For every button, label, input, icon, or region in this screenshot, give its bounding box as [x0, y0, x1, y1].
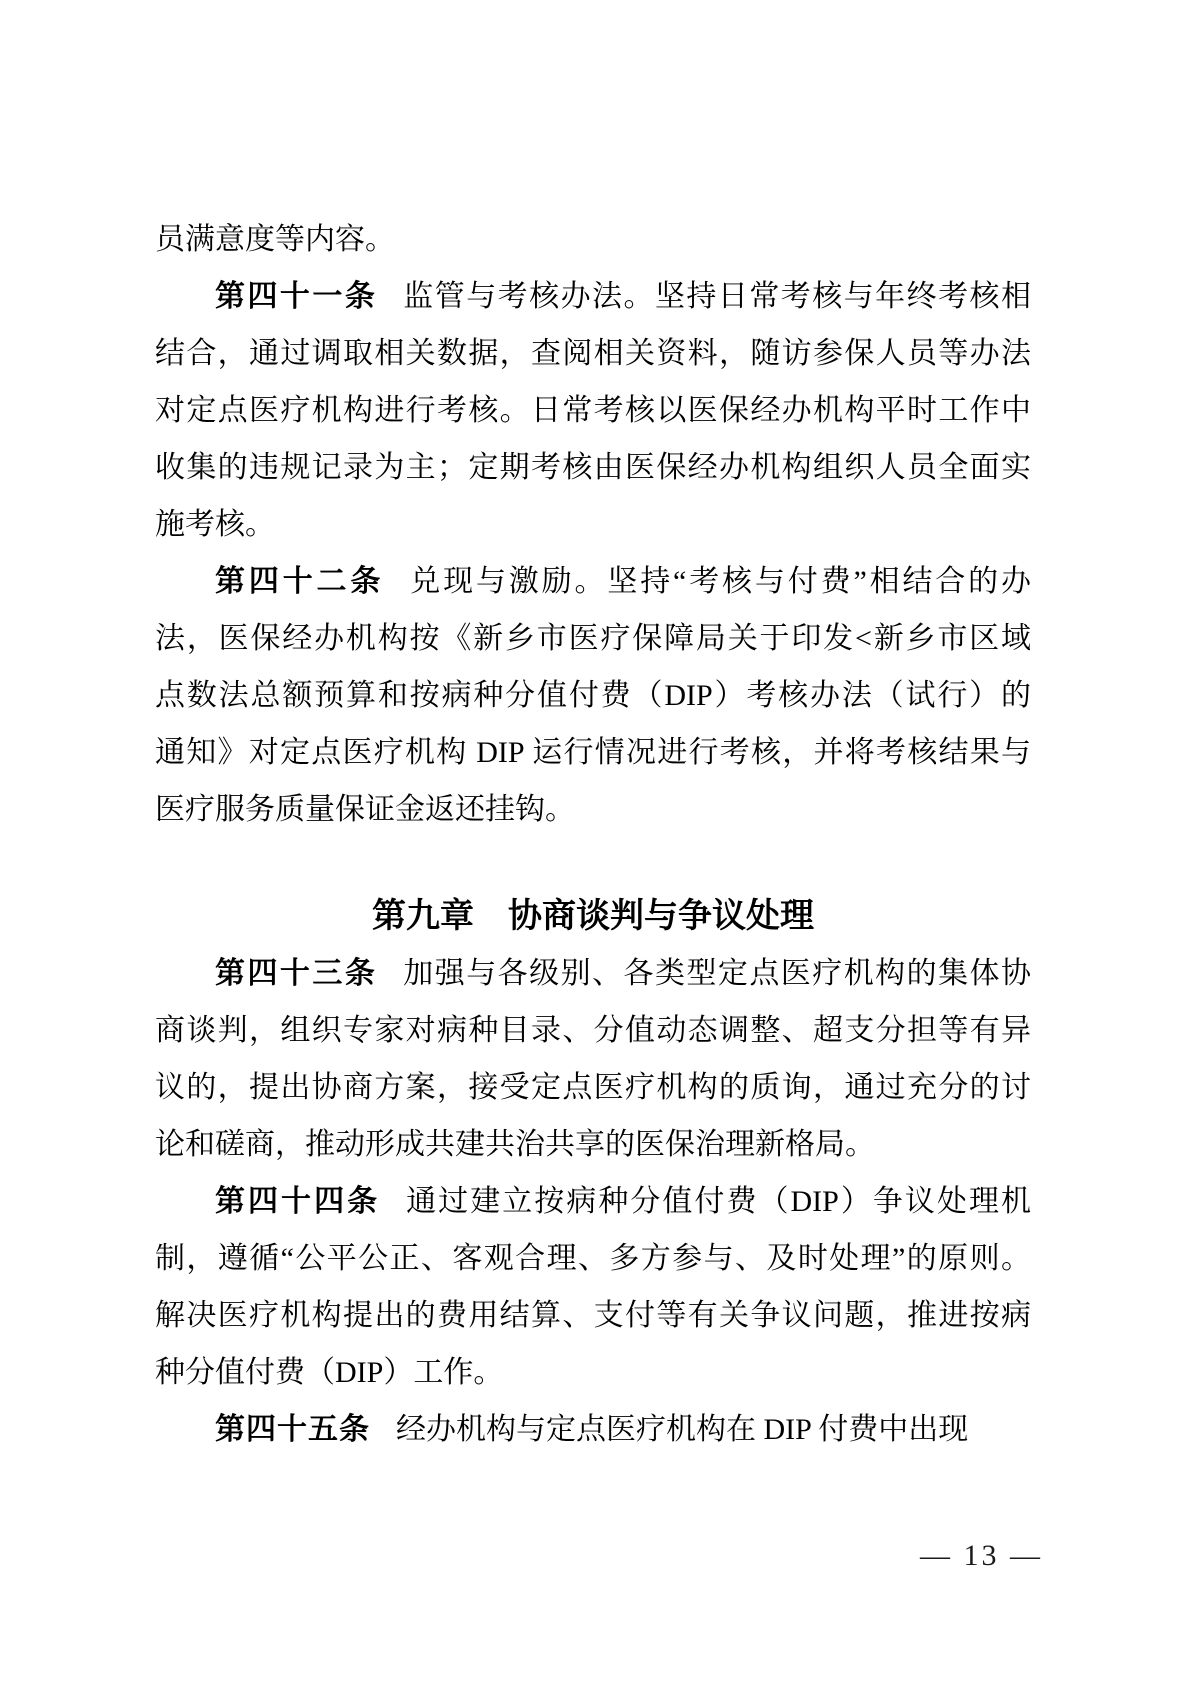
- text-line: 解决医疗机构提出的费用结算、支付等有关争议问题，推进按病: [155, 1287, 1031, 1344]
- line-text: 监管与考核办法。坚持日常考核与年终考核相: [403, 280, 1031, 313]
- text-line: 第四十四条通过建立按病种分值付费（DIP）争议处理机: [155, 1173, 1031, 1230]
- line-text: 对定点医疗机构进行考核。日常考核以医保经办机构平时工作中: [155, 394, 1031, 427]
- article-number-label: 第四十五条: [215, 1413, 370, 1446]
- line-text: 收集的违规记录为主；定期考核由医保经办机构组织人员全面实: [155, 451, 1031, 484]
- text-block: 员满意度等内容。第四十一条监管与考核办法。坚持日常考核与年终考核相结合，通过调取…: [155, 211, 1031, 1458]
- line-text: 点数法总额预算和按病种分值付费（DIP）考核办法（试行）的: [155, 679, 1031, 712]
- text-line: 对定点医疗机构进行考核。日常考核以医保经办机构平时工作中: [155, 382, 1031, 439]
- line-text: 法，医保经办机构按《新乡市医疗保障局关于印发<新乡市区域: [155, 622, 1031, 655]
- paragraph-spacer: [155, 838, 1031, 888]
- text-line: 论和磋商，推动形成共建共治共享的医保治理新格局。: [155, 1116, 1031, 1173]
- line-text: 加强与各级别、各类型定点医疗机构的集体协: [403, 957, 1031, 990]
- text-line: 第四十一条监管与考核办法。坚持日常考核与年终考核相: [155, 268, 1031, 325]
- line-text: 结合，通过调取相关数据，查阅相关资料，随访参保人员等办法: [155, 337, 1031, 370]
- text-line: 员满意度等内容。: [155, 211, 1031, 268]
- text-line: 议的，提出协商方案，接受定点医疗机构的质询，通过充分的讨: [155, 1059, 1031, 1116]
- text-line: 医疗服务质量保证金返还挂钩。: [155, 781, 1031, 838]
- line-text: 商谈判，组织专家对病种目录、分值动态调整、超支分担等有异: [155, 1014, 1031, 1047]
- text-line: 通知》对定点医疗机构 DIP 运行情况进行考核，并将考核结果与: [155, 724, 1031, 781]
- article-number-label: 第四十一条: [215, 280, 377, 313]
- line-text: 通知》对定点医疗机构 DIP 运行情况进行考核，并将考核结果与: [155, 736, 1031, 769]
- document-page: 员满意度等内容。第四十一条监管与考核办法。坚持日常考核与年终考核相结合，通过调取…: [0, 0, 1190, 1683]
- page-number: — 13 —: [920, 1536, 1043, 1576]
- text-line: 施考核。: [155, 496, 1031, 553]
- text-line: 商谈判，组织专家对病种目录、分值动态调整、超支分担等有异: [155, 1002, 1031, 1059]
- line-text: 兑现与激励。坚持“考核与付费”相结合的办: [410, 565, 1031, 598]
- text-line: 点数法总额预算和按病种分值付费（DIP）考核办法（试行）的: [155, 667, 1031, 724]
- line-text: 种分值付费（DIP）工作。: [155, 1356, 503, 1389]
- line-text: 员满意度等内容。: [155, 223, 395, 256]
- line-text: 医疗服务质量保证金返还挂钩。: [155, 793, 575, 826]
- line-text: 施考核。: [155, 508, 275, 541]
- line-text: 制，遵循“公平公正、客观合理、多方参与、及时处理”的原则。: [155, 1242, 1031, 1275]
- text-line: 收集的违规记录为主；定期考核由医保经办机构组织人员全面实: [155, 439, 1031, 496]
- chapter-heading: 第九章 协商谈判与争议处理: [155, 888, 1031, 945]
- line-text: 论和磋商，推动形成共建共治共享的医保治理新格局。: [155, 1128, 875, 1161]
- text-line: 制，遵循“公平公正、客观合理、多方参与、及时处理”的原则。: [155, 1230, 1031, 1287]
- text-line: 结合，通过调取相关数据，查阅相关资料，随访参保人员等办法: [155, 325, 1031, 382]
- article-number-label: 第四十二条: [215, 565, 384, 598]
- line-text: 通过建立按病种分值付费（DIP）争议处理机: [406, 1185, 1031, 1218]
- line-text: 议的，提出协商方案，接受定点医疗机构的质询，通过充分的讨: [155, 1071, 1031, 1104]
- text-line: 第四十三条加强与各级别、各类型定点医疗机构的集体协: [155, 945, 1031, 1002]
- line-text: 经办机构与定点医疗机构在 DIP 付费中出现: [396, 1413, 968, 1446]
- text-line: 第四十五条经办机构与定点医疗机构在 DIP 付费中出现: [155, 1401, 1031, 1458]
- article-number-label: 第四十三条: [215, 957, 377, 990]
- text-line: 第四十二条兑现与激励。坚持“考核与付费”相结合的办: [155, 553, 1031, 610]
- text-line: 法，医保经办机构按《新乡市医疗保障局关于印发<新乡市区域: [155, 610, 1031, 667]
- line-text: 解决医疗机构提出的费用结算、支付等有关争议问题，推进按病: [155, 1299, 1031, 1332]
- article-number-label: 第四十四条: [215, 1185, 380, 1218]
- text-line: 种分值付费（DIP）工作。: [155, 1344, 1031, 1401]
